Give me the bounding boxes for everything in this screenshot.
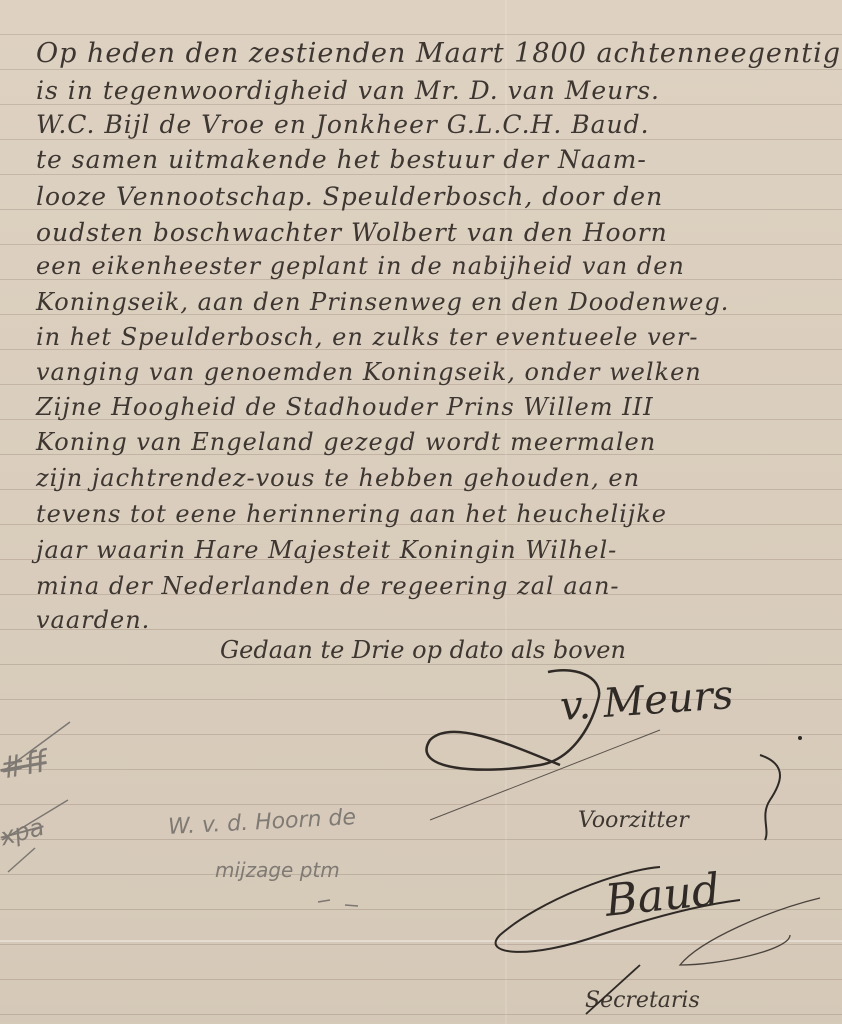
body-line-12: Koning van Engeland gezegd wordt meermal… [36, 428, 656, 456]
role-chairman: Voorzitter [578, 808, 689, 833]
signature-chairman: v. Meurs [559, 672, 735, 730]
pencil-note-line-2: mijzage ptm [215, 858, 340, 882]
body-line-10: vanging van genoemden Koningseik, onder … [36, 358, 702, 386]
body-line-14: tevens tot eene herinnering aan het heuc… [36, 500, 667, 528]
body-line-4: te samen uitmakende het bestuur der Naam… [36, 145, 647, 174]
closing-line: Gedaan te Drie op dato als boven [220, 636, 626, 664]
body-line-5: looze Vennootschap. Speulderbosch, door … [36, 182, 663, 211]
pencil-margin-mark-2: xpa [0, 813, 47, 851]
body-line-3: W.C. Bijl de Vroe en Jonkheer G.L.C.H. B… [36, 110, 650, 139]
body-line-13: zijn jachtrendez-vous te hebben gehouden… [36, 464, 640, 492]
body-line-8: Koningseik, aan den Prinsenweg en den Do… [36, 288, 729, 316]
pencil-note-line-1: W. v. d. Hoorn de [167, 805, 356, 840]
body-line-6: oudsten boschwachter Wolbert van den Hoo… [36, 218, 668, 247]
body-line-15: jaar waarin Hare Majesteit Koningin Wilh… [36, 536, 617, 564]
signature-secretary: Baud [603, 864, 723, 927]
body-line-2: is in tegenwoordigheid van Mr. D. van Me… [36, 76, 660, 105]
role-secretary: Secretaris [585, 988, 700, 1013]
body-line-1: Op heden den zestienden Maart 1800 achte… [36, 38, 841, 69]
body-line-16: mina der Nederlanden de regeering zal aa… [36, 572, 620, 600]
body-line-11: Zijne Hoogheid de Stadhouder Prins Wille… [36, 393, 654, 421]
body-line-7: een eikenheester geplant in de nabijheid… [36, 252, 685, 280]
paper-fold-horizontal [0, 940, 842, 942]
letter-sheet: Op heden den zestienden Maart 1800 achte… [0, 0, 842, 1024]
body-line-17: vaarden. [36, 606, 150, 634]
pencil-margin-mark-1: #ff [0, 744, 49, 787]
body-line-9: in het Speulderbosch, en zulks ter event… [36, 323, 698, 351]
